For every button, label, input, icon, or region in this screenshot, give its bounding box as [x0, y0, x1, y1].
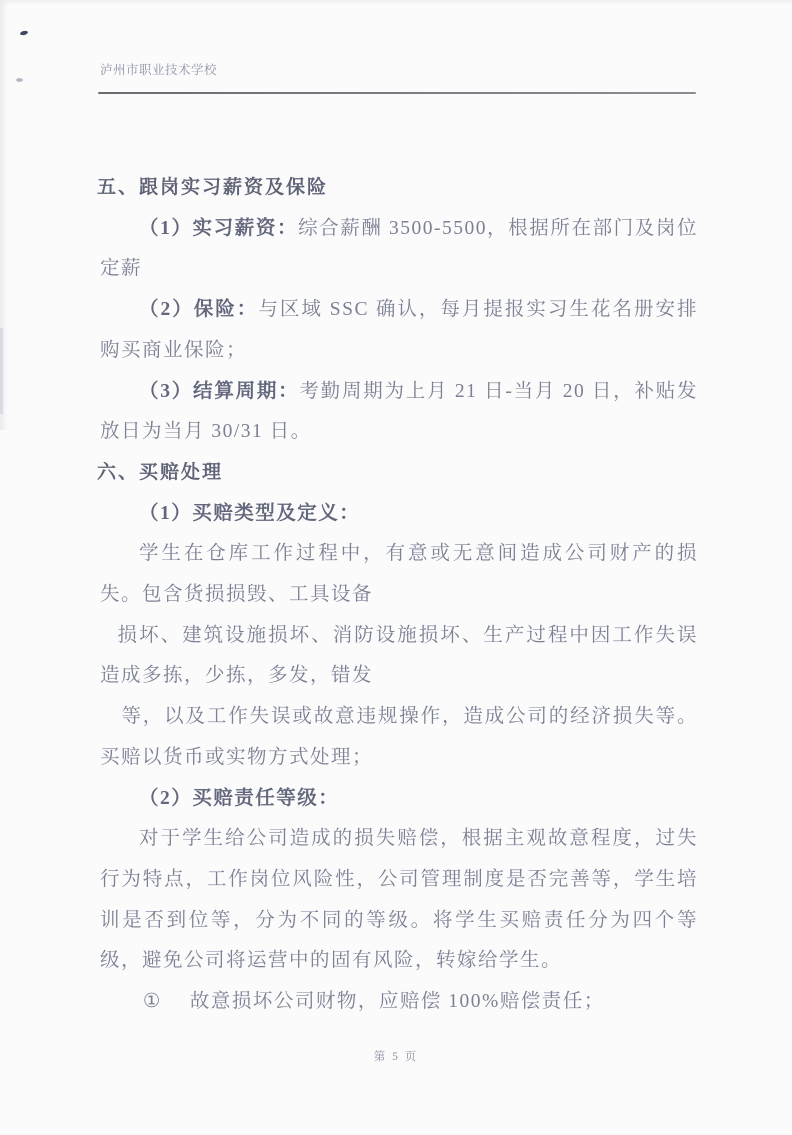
page-footer: 第 5 页	[0, 1048, 792, 1064]
list-item-liability-1: ①故意损坏公司财物，应赔偿 100%赔偿责任；	[100, 982, 698, 1023]
paragraph-label: （1）买赔类型及定义：	[139, 503, 360, 524]
scan-speck-icon	[16, 78, 23, 82]
paragraph-text: 损坏、建筑设施损坏、消防设施损坏、生产过程中因工作失误造成多拣，少拣，多发，错发	[100, 625, 698, 687]
paragraph-liability-level-body: 对于学生给公司造成的损失赔偿，根据主观故意程度，过失行为特点，工作岗位风险性，公…	[100, 819, 698, 982]
paragraph-label: （2）买赔责任等级：	[139, 788, 339, 809]
section-5-heading: 五、跟岗实习薪资及保险	[97, 168, 698, 209]
paragraph-label: （2）保险：	[139, 299, 258, 320]
scan-edge-notch	[0, 328, 3, 414]
paragraph-text: 故意损坏公司财物，应赔偿 100%赔偿责任；	[190, 991, 605, 1012]
paragraph-compensation-definition-title: （1）买赔类型及定义：	[100, 494, 698, 535]
circled-one-marker: ①	[143, 991, 162, 1012]
paragraph-text: 学生在仓库工作过程中，有意或无意间造成公司财产的损失。包含货损损毁、工具设备	[100, 543, 698, 605]
paragraph-text: 等，以及工作失误或故意违规操作，造成公司的经济损失等。买赔以货币或实物方式处理；	[100, 706, 698, 768]
paragraph-label: （3）结算周期：	[139, 381, 299, 402]
paragraph-compensation-definition-1: 学生在仓库工作过程中，有意或无意间造成公司财产的损失。包含货损损毁、工具设备	[100, 534, 698, 615]
paragraph-label: （1）实习薪资：	[139, 218, 298, 239]
page-number: 第 5 页	[374, 1051, 419, 1063]
paragraph-compensation-definition-3: 等，以及工作失误或故意违规操作，造成公司的经济损失等。买赔以货币或实物方式处理；	[100, 697, 698, 778]
paragraph-liability-level-title: （2）买赔责任等级：	[100, 779, 698, 820]
paragraph-salary: （1）实习薪资：综合薪酬 3500-5500，根据所在部门及岗位定薪	[100, 209, 698, 290]
paragraph-settlement-cycle: （3）结算周期：考勤周期为上月 21 日-当月 20 日，补贴发放日为当月 30…	[100, 372, 698, 453]
paragraph-compensation-definition-2: 损坏、建筑设施损坏、消防设施损坏、生产过程中因工作失误造成多拣，少拣，多发，错发	[100, 616, 698, 697]
paragraph-insurance: （2）保险：与区域 SSC 确认，每月提报实习生花名册安排购买商业保险；	[100, 290, 698, 371]
header-rule	[98, 92, 696, 94]
paragraph-text: 对于学生给公司造成的损失赔偿，根据主观故意程度，过失行为特点，工作岗位风险性，公…	[100, 828, 698, 971]
section-6-heading: 六、买赔处理	[97, 453, 698, 494]
scan-edge-top	[0, 0, 792, 5]
document-page: 泸州市职业技术学校 五、跟岗实习薪资及保险 （1）实习薪资：综合薪酬 3500-…	[0, 0, 792, 1135]
document-content: 五、跟岗实习薪资及保险 （1）实习薪资：综合薪酬 3500-5500，根据所在部…	[100, 168, 698, 1023]
header-school-name: 泸州市职业技术学校	[100, 60, 217, 78]
scan-speck-icon	[20, 30, 29, 36]
